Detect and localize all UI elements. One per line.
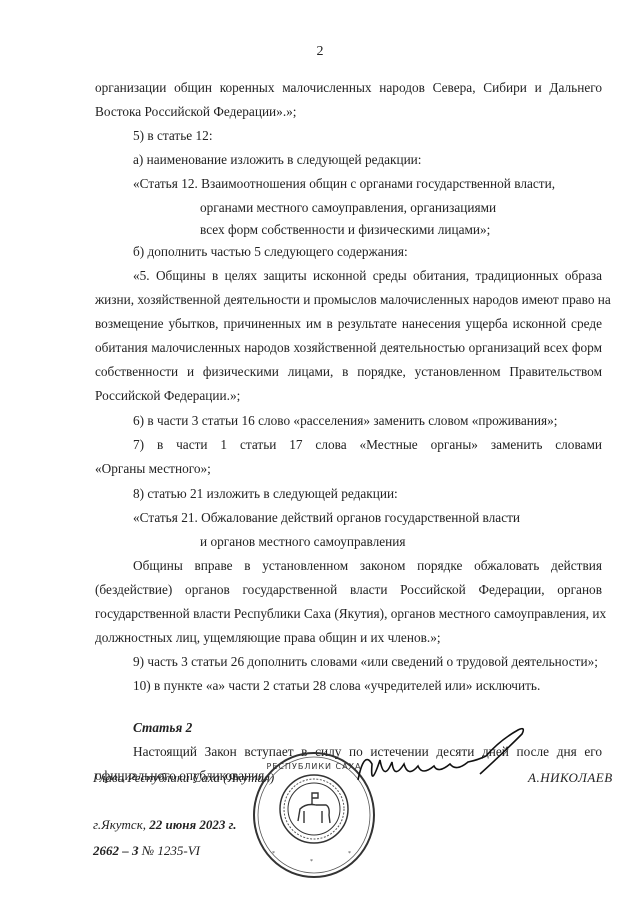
text-line: организации общин коренных малочисленных… bbox=[95, 80, 602, 96]
svg-text:РЕСПУБЛИКИ САХА: РЕСПУБЛИКИ САХА bbox=[266, 762, 361, 771]
svg-text:*: * bbox=[272, 851, 275, 857]
text-line: государственной власти Республики Саха (… bbox=[95, 606, 602, 622]
text-line: обитания малочисленных народов хозяйстве… bbox=[95, 340, 602, 356]
signatory-title: Глава Республики Саха (Якутия) bbox=[93, 770, 274, 786]
text-line: и органов местного самоуправления bbox=[200, 534, 640, 550]
text-line: 8) статью 21 изложить в следующей редакц… bbox=[133, 486, 602, 502]
signature-icon bbox=[350, 720, 540, 810]
text-line: всех форм собственности и физическими ли… bbox=[200, 222, 640, 238]
text-line: «5. Общины в целях защиты исконной среды… bbox=[133, 268, 602, 284]
law-number: 2662 – З № 1235-VI bbox=[93, 843, 200, 859]
text-line: возмещение убытков, причиненных им в рез… bbox=[95, 316, 602, 332]
signatory-name: А.НИКОЛАЕВ bbox=[528, 770, 613, 786]
svg-text:*: * bbox=[310, 859, 313, 865]
text-line: 9) часть 3 статьи 26 дополнить словами «… bbox=[133, 654, 602, 670]
text-line: Востока Российской Федерации».»; bbox=[95, 104, 602, 120]
text-line: должностных лиц, ущемляющие права общин … bbox=[95, 630, 602, 646]
text-line: «Статья 21. Обжалование действий органов… bbox=[133, 510, 602, 526]
handwritten-date: 22 июня 2023 г. bbox=[149, 817, 236, 832]
text-line: жизни, хозяйственной деятельности и пром… bbox=[95, 292, 602, 308]
handwritten-number: 2662 – З bbox=[93, 843, 139, 858]
text-line: 10) в пункте «а» части 2 статьи 28 слова… bbox=[133, 678, 602, 694]
text-line: (бездействие) органов государственной вл… bbox=[95, 582, 602, 598]
text-line: б) дополнить частью 5 следующего содержа… bbox=[133, 244, 602, 260]
text-line: 7) в части 1 статьи 17 слова «Местные ор… bbox=[133, 437, 602, 453]
place: г.Якутск, bbox=[93, 817, 146, 832]
text-line: органами местного самоуправления, органи… bbox=[200, 200, 640, 216]
text-line: «Статья 12. Взаимоотношения общин с орга… bbox=[133, 176, 602, 192]
printed-number: № 1235-VI bbox=[142, 843, 200, 858]
page-number: 2 bbox=[0, 44, 640, 60]
text-line: 5) в статье 12: bbox=[133, 128, 602, 144]
text-line: а) наименование изложить в следующей ред… bbox=[133, 152, 602, 168]
text-line: Российской Федерации.»; bbox=[95, 388, 602, 404]
text-line: собственности и физическими лицами, в по… bbox=[95, 364, 602, 380]
place-date: г.Якутск, 22 июня 2023 г. bbox=[93, 817, 237, 833]
text-line: Общины вправе в установленном законом по… bbox=[133, 558, 602, 574]
text-line: 6) в части 3 статьи 16 слово «расселения… bbox=[133, 413, 602, 429]
svg-text:*: * bbox=[348, 851, 351, 857]
text-line: «Органы местного»; bbox=[95, 461, 602, 477]
